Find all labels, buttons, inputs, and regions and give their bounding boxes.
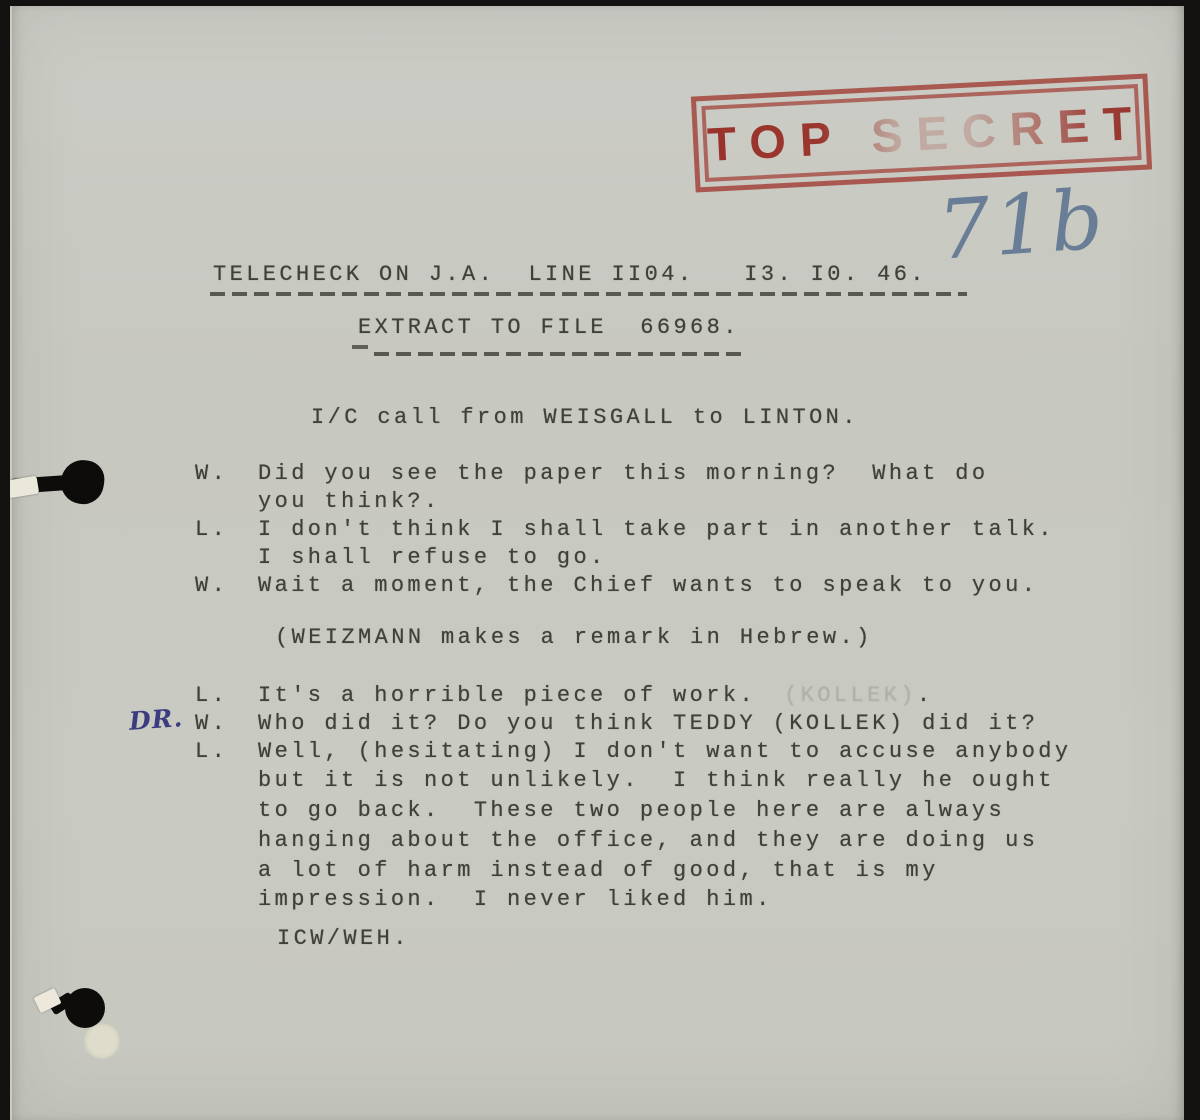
scanner-edge-left <box>0 0 10 1120</box>
dialogue-text: impression. I never liked him. <box>258 887 773 912</box>
dialogue-row: I shall refuse to go. <box>195 544 607 572</box>
speaker-label: L. <box>195 516 258 544</box>
scanner-edge-top <box>0 0 1200 6</box>
paper-reinforcement-ring <box>84 1023 120 1059</box>
subtitle-underline <box>374 352 746 356</box>
intro-line: I/C call from WEISGALL to LINTON. <box>311 404 859 432</box>
scanned-document-page: TOP SECRET 71b TELECHECK ON J.A. LINE II… <box>0 0 1200 1120</box>
dialogue-row: to go back. These two people here are al… <box>195 797 1005 825</box>
dialogue-row: you think?. <box>195 488 441 516</box>
dialogue-row: W.Who did it? Do you think TEDDY (KOLLEK… <box>195 710 1038 738</box>
punch-hole-bottom <box>65 988 105 1028</box>
folio-number-handwritten: 71b <box>935 172 1110 279</box>
speaker-label: W. <box>195 572 258 600</box>
margin-note-handwritten: DR. <box>128 703 184 736</box>
underscore-mark <box>352 345 368 349</box>
aside-line: (WEIZMANN makes a remark in Hebrew.) <box>275 624 873 652</box>
document-title: TELECHECK ON J.A. LINE II04. I3. I0. 46. <box>213 261 927 289</box>
dialogue-text: I don't think I shall take part in anoth… <box>258 517 1055 542</box>
dialogue-text: I shall refuse to go. <box>258 545 607 570</box>
dialogue-text: you think?. <box>258 489 441 514</box>
dialogue-text: Well, (hesitating) I don't want to accus… <box>258 739 1072 764</box>
dialogue-text: Did you see the paper this morning? What… <box>258 461 989 486</box>
erased-ghost-text: (KOLLEK) <box>784 683 917 708</box>
speaker-label: W. <box>195 710 258 738</box>
ghost-trailing-period: . <box>917 683 934 708</box>
dialogue-row: L.I don't think I shall take part in ano… <box>195 516 1055 544</box>
dialogue-text: It's a horrible piece of work. <box>258 683 756 708</box>
scanner-edge-right <box>1184 0 1200 1120</box>
speaker-label: L. <box>195 682 258 710</box>
dialogue-row: hanging about the office, and they are d… <box>195 827 1038 855</box>
paper-edge-highlight <box>10 6 12 1120</box>
dialogue-text: Who did it? Do you think TEDDY (KOLLEK) … <box>258 711 1038 736</box>
speaker-label: L. <box>195 738 258 766</box>
speaker-label: W. <box>195 460 258 488</box>
title-underline <box>210 292 967 296</box>
dialogue-row: a lot of harm instead of good, that is m… <box>195 857 939 885</box>
typist-initials: ICW/WEH. <box>277 925 410 953</box>
dialogue-text: to go back. These two people here are al… <box>258 798 1005 823</box>
dialogue-text: but it is not unlikely. I think really h… <box>258 768 1055 793</box>
dialogue-row: impression. I never liked him. <box>195 886 773 914</box>
document-subtitle: EXTRACT TO FILE 66968. <box>358 314 740 342</box>
dialogue-row: but it is not unlikely. I think really h… <box>195 767 1055 795</box>
dialogue-text: hanging about the office, and they are d… <box>258 828 1038 853</box>
dialogue-row: W.Wait a moment, the Chief wants to spea… <box>195 572 1038 600</box>
dialogue-text: a lot of harm instead of good, that is m… <box>258 858 939 883</box>
dialogue-text: Wait a moment, the Chief wants to speak … <box>258 573 1038 598</box>
dialogue-row: W.Did you see the paper this morning? Wh… <box>195 460 989 488</box>
dialogue-row: L.Well, (hesitating) I don't want to acc… <box>195 738 1072 766</box>
dialogue-row: L.It's a horrible piece of work.(KOLLEK)… <box>195 682 934 710</box>
